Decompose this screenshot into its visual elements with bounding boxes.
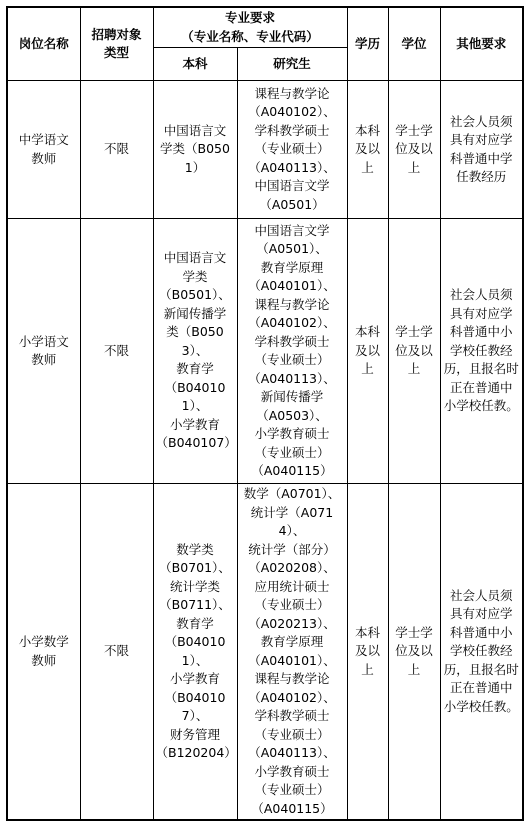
- cell-graduate-majors: 中国语言文学 （A0501）、 教育学原理 （A040101）、 课程与教学论 …: [237, 219, 347, 484]
- header-target-type: 招聘对象 类型: [80, 7, 153, 81]
- header-position-name: 岗位名称: [7, 7, 80, 81]
- header-major-requirement: 专业要求 （专业名称、专业代码）: [153, 7, 347, 48]
- header-degree: 学位: [388, 7, 440, 81]
- cell-undergraduate-majors: 中国语言文 学类（B0501）: [153, 81, 237, 219]
- cell-graduate-majors: 数学（A0701）、 统计学（A0714）、 统计学（部分） （A020208）…: [237, 484, 347, 821]
- cell-other-requirements: 社会人员须 具有对应学 科普通中小 学校任教经 历，且报名时 正在普通中 小学校…: [440, 219, 523, 484]
- table-row-primary-school-chinese: 小学语文 教师 不限 中国语言文 学类 （B0501）、 新闻传播学 类（B05…: [7, 219, 523, 484]
- page: 岗位名称 招聘对象 类型 专业要求 （专业名称、专业代码） 学历 学位 其他要求…: [0, 0, 528, 791]
- cell-education: 本科 及以 上: [347, 81, 388, 219]
- cell-other-requirements: 社会人员须 具有对应学 科普通中学 任教经历: [440, 81, 523, 219]
- cell-graduate-majors: 课程与教学论 （A040102）、 学科教学硕士 （专业硕士） （A040113…: [237, 81, 347, 219]
- cell-position-name: 小学语文 教师: [7, 219, 80, 484]
- cell-education: 本科 及以 上: [347, 484, 388, 821]
- cell-education: 本科 及以 上: [347, 219, 388, 484]
- cell-undergraduate-majors: 中国语言文 学类 （B0501）、 新闻传播学 类（B0503）、 教育学 （B…: [153, 219, 237, 484]
- header-undergraduate: 本科: [153, 48, 237, 81]
- header-graduate: 研究生: [237, 48, 347, 81]
- table-row-primary-school-math: 小学数学 教师 不限 数学类 （B0701）、 统计学类 （B0711）、 教育…: [7, 484, 523, 821]
- cell-undergraduate-majors: 数学类 （B0701）、 统计学类 （B0711）、 教育学 （B040101）…: [153, 484, 237, 821]
- cell-target-type: 不限: [80, 219, 153, 484]
- cell-other-requirements: 社会人员须 具有对应学 科普通中小 学校任教经 历，且报名时 正在普通中 小学校…: [440, 484, 523, 821]
- header-row-top: 岗位名称 招聘对象 类型 专业要求 （专业名称、专业代码） 学历 学位 其他要求: [7, 7, 523, 48]
- cell-degree: 学士学 位及以 上: [388, 81, 440, 219]
- header-other-requirements: 其他要求: [440, 7, 523, 81]
- cell-target-type: 不限: [80, 81, 153, 219]
- recruitment-requirements-table: 岗位名称 招聘对象 类型 专业要求 （专业名称、专业代码） 学历 学位 其他要求…: [6, 6, 524, 821]
- header-education: 学历: [347, 7, 388, 81]
- cell-target-type: 不限: [80, 484, 153, 821]
- cell-degree: 学士学 位及以 上: [388, 219, 440, 484]
- cell-position-name: 中学语文 教师: [7, 81, 80, 219]
- table-row-middle-school-chinese: 中学语文 教师 不限 中国语言文 学类（B0501） 课程与教学论 （A0401…: [7, 81, 523, 219]
- cell-position-name: 小学数学 教师: [7, 484, 80, 821]
- cell-degree: 学士学 位及以 上: [388, 484, 440, 821]
